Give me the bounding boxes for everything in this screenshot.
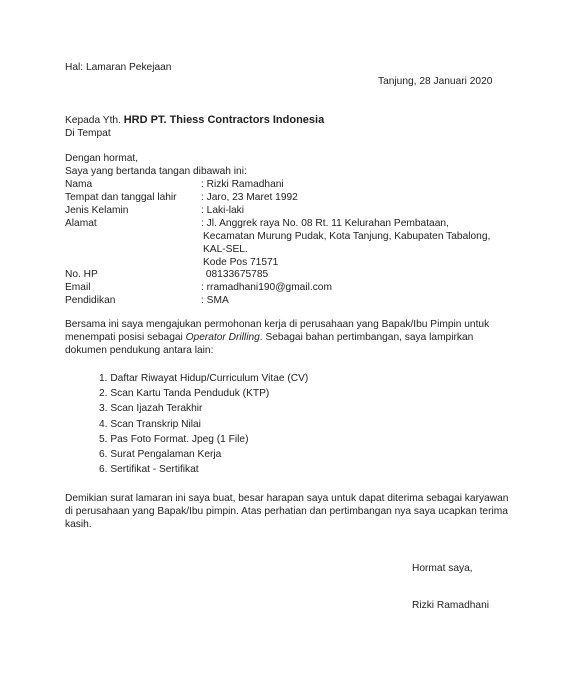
attachment-item: 4. Scan Transkrip Nilai xyxy=(99,417,308,432)
info-value: : SMA xyxy=(201,294,229,307)
greeting: Dengan hormat, xyxy=(65,152,138,165)
info-value: 08133675785 xyxy=(203,268,268,281)
info-label: Jenis Kelamin xyxy=(65,204,128,217)
intro-text: Saya yang bertanda tangan dibawah ini: xyxy=(65,165,247,178)
letter-subject: Hal: Lamaran Pekejaan xyxy=(65,61,171,74)
attachment-item: 6. Sertifikat - Sertifikat xyxy=(99,462,308,477)
recipient-name: HRD PT. Thiess Contractors Indonesia xyxy=(124,114,324,126)
attachment-item: 6. Surat Pengalaman Kerja xyxy=(99,447,308,462)
signature-name: Rizki Ramadhani xyxy=(412,599,489,612)
info-label: Tempat dan tanggal lahir xyxy=(65,191,177,204)
info-value: : Jaro, 23 Maret 1992 xyxy=(201,191,298,204)
info-label: Pendidikan xyxy=(65,294,115,307)
recipient-line: Kepada Yth. HRD PT. Thiess Contractors I… xyxy=(65,114,324,127)
attachment-item: 3. Scan Ijazah Terakhir xyxy=(99,401,308,416)
body-paragraph: Bersama ini saya mengajukan permohonan k… xyxy=(65,318,505,357)
info-value: : Jl. Anggrek raya No. 08 Rt. 11 Kelurah… xyxy=(201,217,449,230)
attachment-item: 5. Pas Foto Format. Jpeg (1 File) xyxy=(99,432,308,447)
info-value: : Rizki Ramadhani xyxy=(201,178,284,191)
recipient-location: Di Tempat xyxy=(65,127,111,140)
attachment-item: 2. Scan Kartu Tanda Penduduk (KTP) xyxy=(99,386,308,401)
recipient-prefix: Kepada Yth. xyxy=(65,115,124,126)
info-label: Alamat xyxy=(65,217,97,230)
attachment-item: 1. Daftar Riwayat Hidup/Curriculum Vitae… xyxy=(99,371,308,386)
place-date: Tanjung, 28 Januari 2020 xyxy=(378,75,492,88)
info-label: Email xyxy=(65,281,90,294)
sign-off: Hormat saya, xyxy=(412,562,473,575)
attachment-list: 1. Daftar Riwayat Hidup/Curriculum Vitae… xyxy=(99,371,308,477)
position-name: Operator Drilling xyxy=(186,332,260,343)
closing-paragraph: Demikian surat lamaran ini saya buat, be… xyxy=(65,492,510,531)
info-value: KAL-SEL. xyxy=(203,243,248,256)
info-value: : rramadhani190@gmail.com xyxy=(201,281,332,294)
info-value: Kecamatan Murung Pudak, Kota Tanjung, Ka… xyxy=(203,230,490,243)
info-label: Nama xyxy=(65,178,92,191)
info-value: : Laki-laki xyxy=(201,204,244,217)
info-label: No. HP xyxy=(65,268,98,281)
